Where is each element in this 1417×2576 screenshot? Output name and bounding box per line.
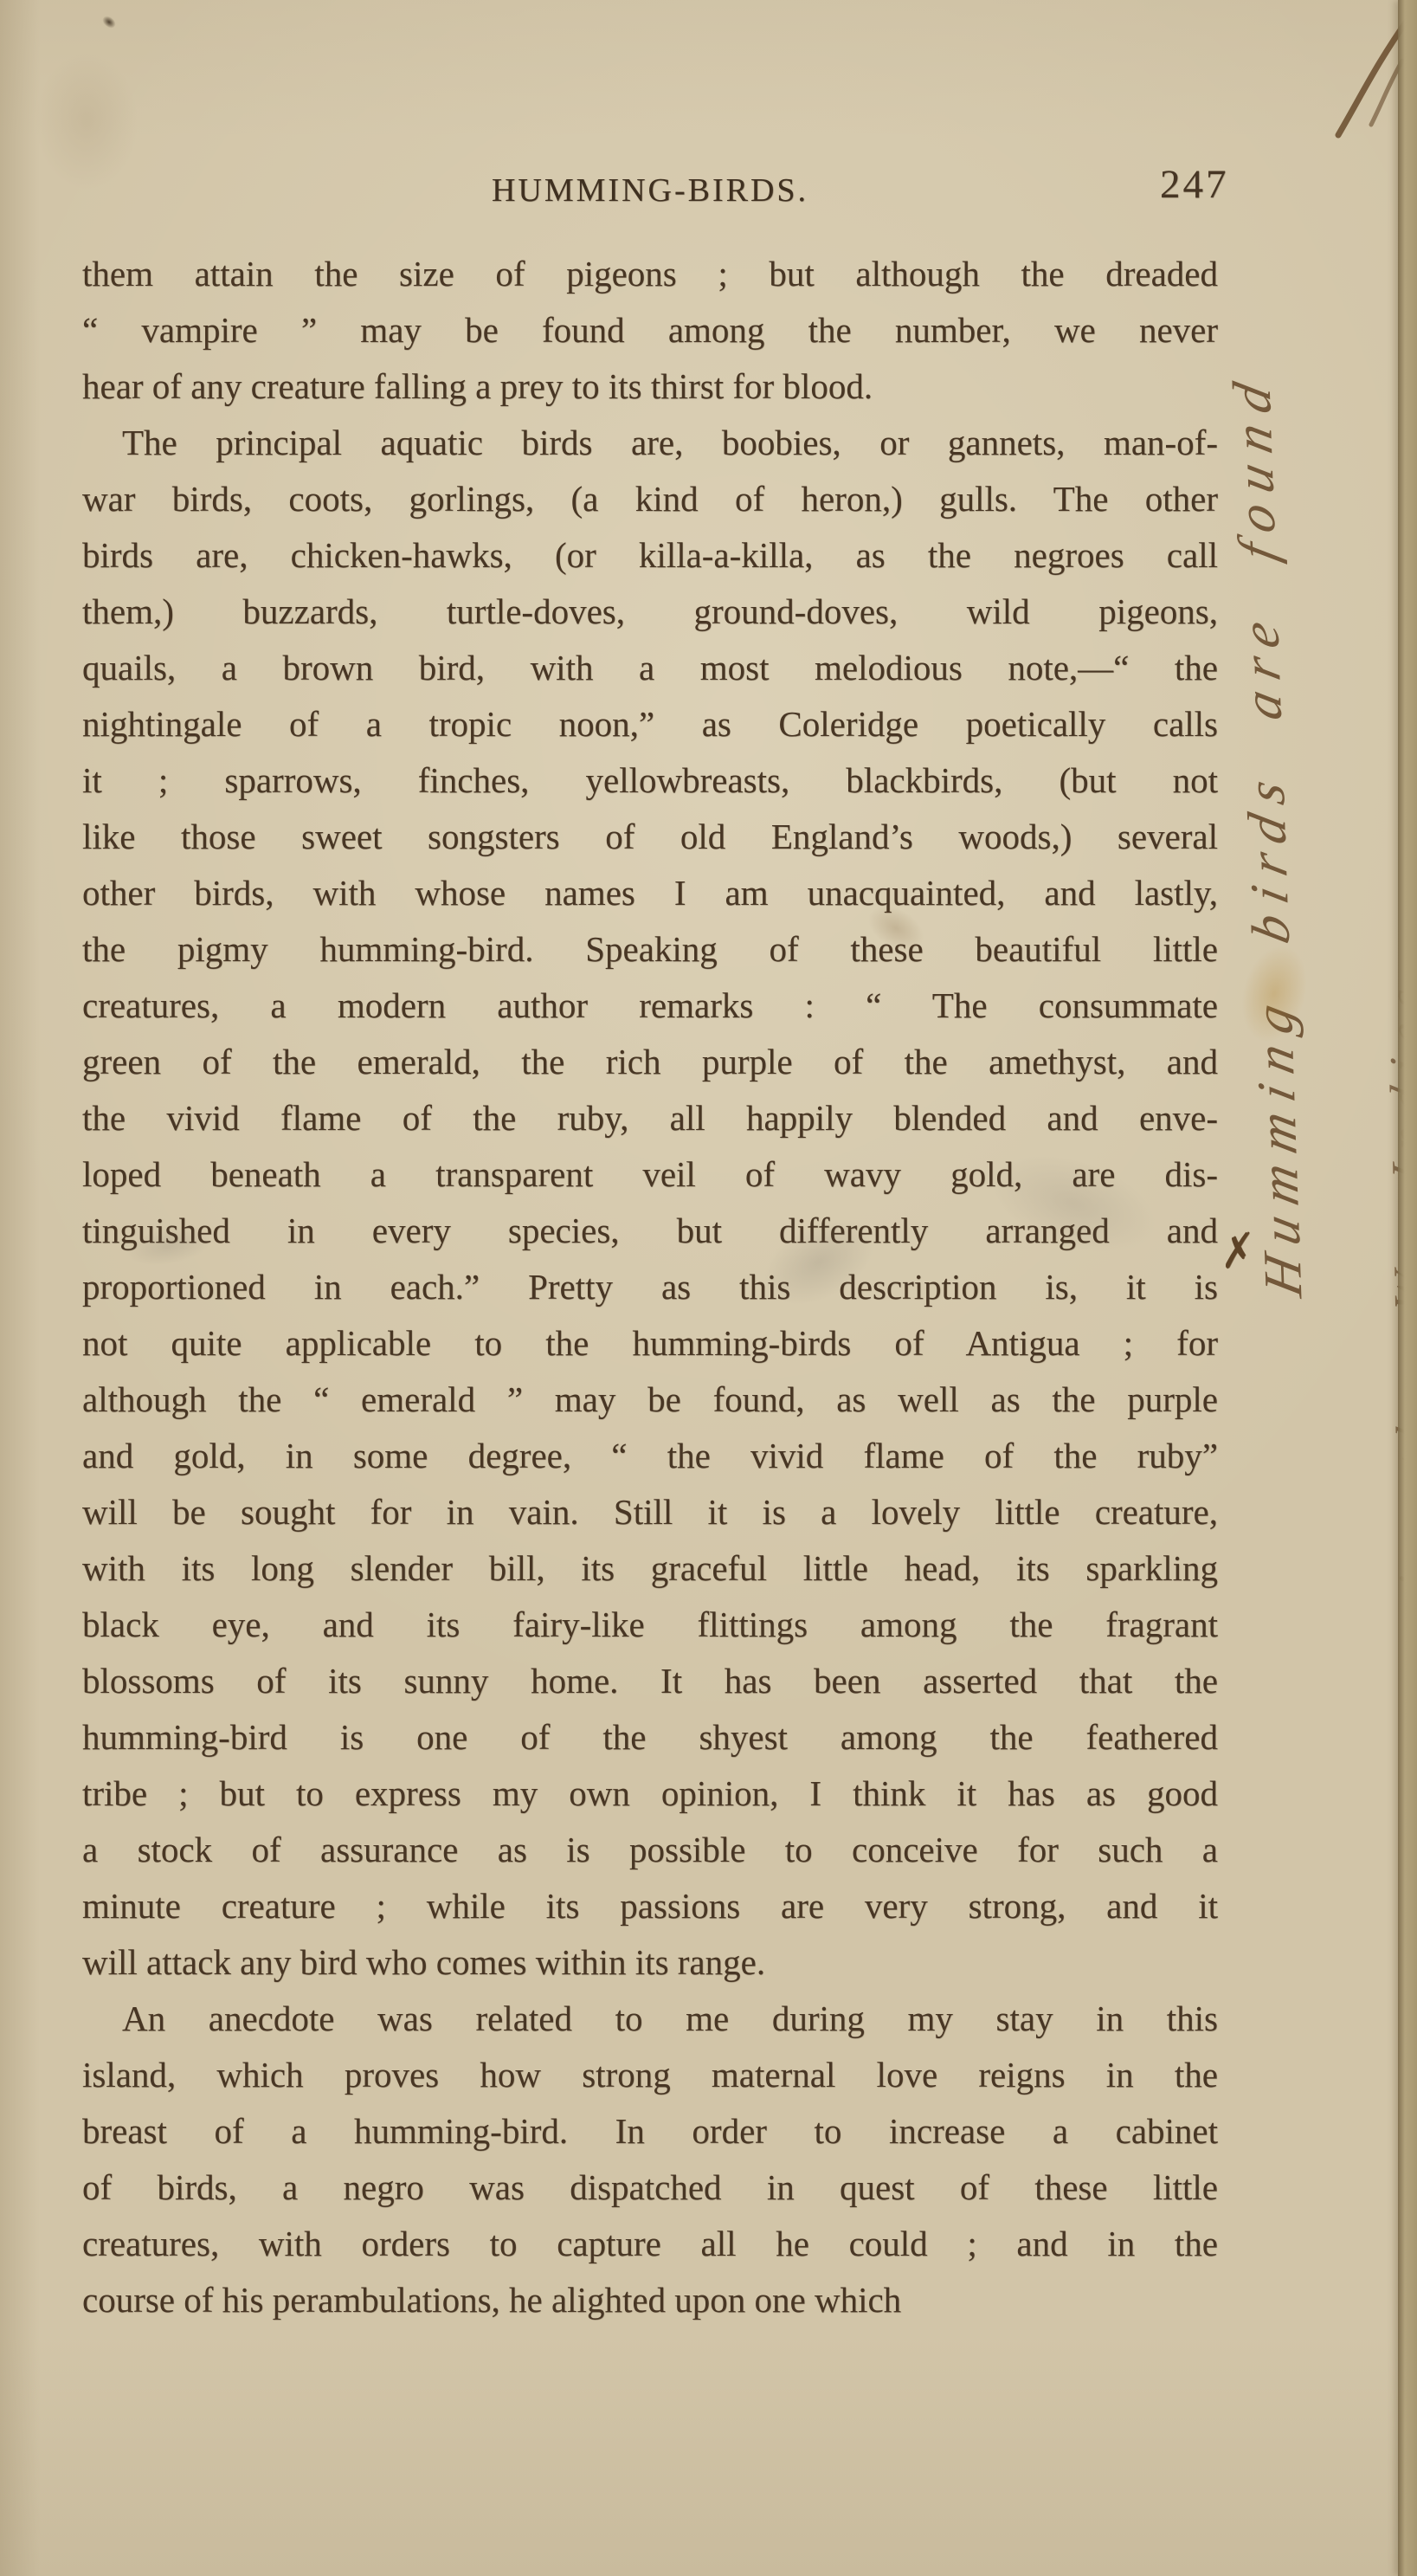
- text-line: minute creature ; while its passions are…: [82, 1878, 1218, 1934]
- text-line: it ; sparrows, finches, yellowbreasts, b…: [82, 752, 1218, 809]
- text-line: them attain the size of pigeons ; but al…: [82, 246, 1218, 302]
- page-edge: [1398, 0, 1417, 2576]
- text-line: loped beneath a transparent veil of wavy…: [82, 1146, 1218, 1203]
- body-text: them attain the size of pigeons ; but al…: [82, 246, 1218, 2328]
- text-line: other birds, with whose names I am unacq…: [82, 865, 1218, 921]
- text-line: quails, a brown bird, with a most melodi…: [82, 640, 1218, 696]
- text-line: hear of any creature falling a prey to i…: [82, 358, 1218, 415]
- text-line: creatures, with orders to capture all he…: [82, 2216, 1218, 2272]
- text-line: An anecdote was related to me during my …: [82, 1991, 1218, 2047]
- text-line: and gold, in some degree, “ the vivid fl…: [82, 1428, 1218, 1484]
- handwritten-x-mark: ✗: [1212, 1224, 1258, 1280]
- text-line: will attack any bird who comes within it…: [82, 1934, 1218, 1991]
- text-line: proportioned in each.” Pretty as this de…: [82, 1259, 1218, 1315]
- text-line: birds are, chicken-hawks, (or killa-a-ki…: [82, 527, 1218, 584]
- ink-speck: [100, 14, 117, 30]
- running-header: HUMMING-BIRDS. 247: [82, 166, 1218, 218]
- text-line: tinguished in every species, but differe…: [82, 1203, 1218, 1259]
- marginalia-note: Humming birds are found: [1214, 164, 1316, 1301]
- text-line: will be sought for in vain. Still it is …: [82, 1484, 1218, 1540]
- text-line: war birds, coots, gorlings, (a kind of h…: [82, 471, 1218, 527]
- text-line: tribe ; but to express my own opinion, I…: [82, 1766, 1218, 1822]
- text-line: a stock of assurance as is possible to c…: [82, 1822, 1218, 1878]
- text-line: them,) buzzards, turtle-doves, ground-do…: [82, 584, 1218, 640]
- text-line: green of the emerald, the rich purple of…: [82, 1034, 1218, 1090]
- text-line: blossoms of its sunny home. It has been …: [82, 1653, 1218, 1709]
- page-title: HUMMING-BIRDS.: [82, 171, 1218, 210]
- text-line: creatures, a modern author remarks : “ T…: [82, 978, 1218, 1034]
- text-line: black eye, and its fairy-like flittings …: [82, 1597, 1218, 1653]
- book-page-scan: HUMMING-BIRDS. 247 them attain the size …: [0, 0, 1417, 2576]
- text-line: humming-bird is one of the shyest among …: [82, 1709, 1218, 1766]
- text-line: nightingale of a tropic noon,” as Coleri…: [82, 696, 1218, 752]
- text-line: course of his perambulations, he alighte…: [82, 2272, 1218, 2328]
- text-line: island, which proves how strong maternal…: [82, 2047, 1218, 2103]
- text-line: the pigmy humming-bird. Speaking of thes…: [82, 921, 1218, 978]
- text-line: the vivid flame of the ruby, all happily…: [82, 1090, 1218, 1146]
- text-line: with its long slender bill, its graceful…: [82, 1540, 1218, 1597]
- text-line: like those sweet songsters of old Englan…: [82, 809, 1218, 865]
- text-line: The principal aquatic birds are, boobies…: [82, 415, 1218, 471]
- text-line: “ vampire ” may be found among the numbe…: [82, 302, 1218, 358]
- text-line: not quite applicable to the humming-bird…: [82, 1315, 1218, 1372]
- text-line: breast of a humming-bird. In order to in…: [82, 2103, 1218, 2160]
- text-line: of birds, a negro was dispatched in ques…: [82, 2160, 1218, 2216]
- text-line: although the “ emerald ” may be found, a…: [82, 1372, 1218, 1428]
